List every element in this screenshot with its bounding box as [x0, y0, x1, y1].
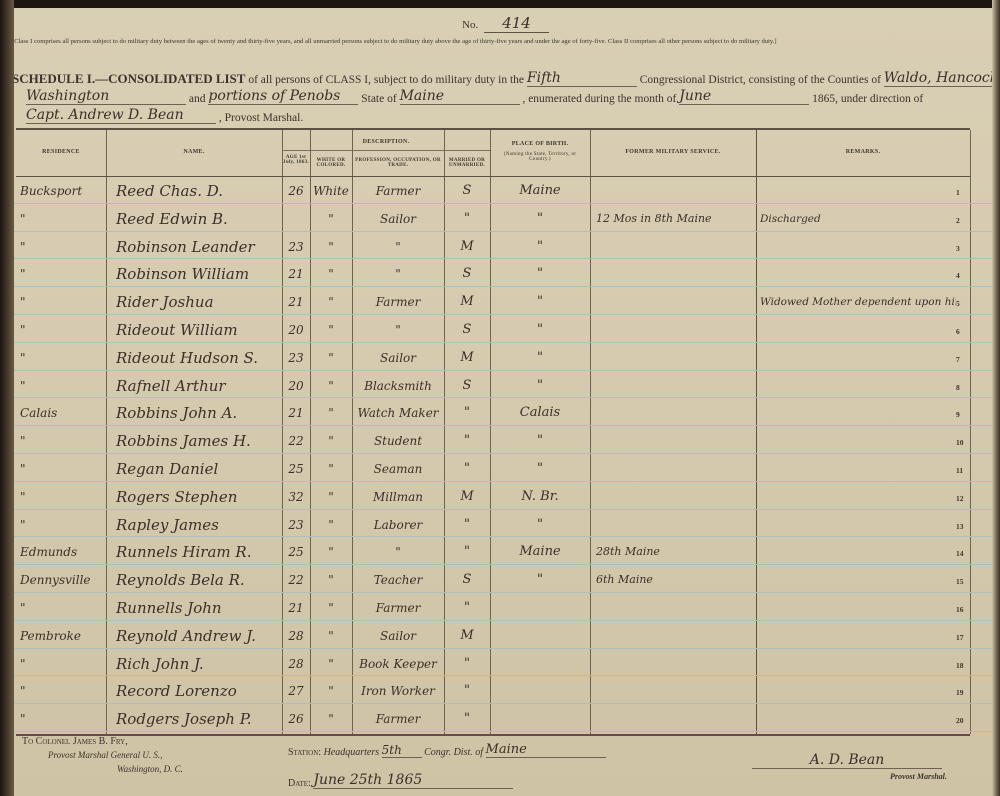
row-12-color: ": [310, 489, 352, 505]
row-number: 6: [956, 327, 960, 336]
row-2-residence: ": [20, 211, 104, 227]
row-18-residence: ": [20, 656, 104, 672]
row-9-birthplace: Calais: [490, 405, 590, 421]
row-5-remarks: Widowed Mother dependent upon him: [760, 294, 956, 310]
row-19-occupation: Iron Worker: [352, 683, 444, 699]
row-7-age: 23: [282, 350, 310, 366]
row-10-occupation: Student: [352, 433, 444, 449]
addressee-name: To Colonel James B. Fry,: [22, 736, 128, 747]
row-number: 13: [956, 522, 964, 531]
ruled-line: [12, 342, 996, 343]
row-number: 11: [956, 466, 963, 475]
row-10-name: Robbins James H.: [116, 433, 282, 449]
row-18-age: 28: [282, 656, 310, 672]
signature-title: Provost Marshal.: [890, 772, 947, 781]
row-16-name: Runnells John: [116, 600, 282, 616]
row-6-birthplace: ": [490, 322, 590, 338]
station-text: Headquarters: [324, 747, 380, 758]
row-15-occupation: Teacher: [352, 572, 444, 588]
row-20-occupation: Farmer: [352, 711, 444, 727]
row-3-name: Robinson Leander: [116, 239, 282, 255]
row-6-residence: ": [20, 322, 104, 338]
row-19-age: 27: [282, 683, 310, 699]
row-3-married: M: [444, 239, 490, 255]
row-13-color: ": [310, 517, 352, 533]
row-13-birthplace: ": [490, 517, 590, 533]
row-18-married: ": [444, 656, 490, 672]
row-1-occupation: Farmer: [352, 183, 444, 199]
row-12-birthplace: N. Br.: [490, 489, 590, 505]
row-12-occupation: Millman: [352, 489, 444, 505]
col-profession: PROFESSION, OCCUPATION, OR TRADE.: [352, 158, 444, 168]
row-9-married: ": [444, 405, 490, 421]
row-8-color: ": [310, 378, 352, 394]
row-14-residence: Edmunds: [20, 544, 104, 560]
station-line: Station: Headquarters 5th Congr. Dist. o…: [288, 742, 606, 758]
ruled-line: [12, 620, 996, 621]
district-text: Congressional District, consisting of th…: [640, 74, 881, 86]
row-1-birthplace: Maine: [490, 183, 590, 199]
row-10-age: 22: [282, 433, 310, 449]
ruled-line: [12, 648, 996, 649]
row-4-married: S: [444, 266, 490, 282]
book-binding: [0, 0, 14, 796]
row-8-birthplace: ": [490, 378, 590, 394]
col-birthplace: PLACE OF BIRTH.: [490, 141, 590, 147]
ruled-line: [12, 703, 996, 704]
row-13-occupation: Laborer: [352, 517, 444, 533]
row-18-name: Rich John J.: [116, 656, 282, 672]
row-3-occupation: ": [352, 239, 444, 255]
row-14-service: 28th Maine: [596, 544, 756, 560]
counties-line: Washington and portions of Penobs State …: [12, 88, 987, 105]
col-military-service: FORMER MILITARY SERVICE.: [590, 149, 756, 155]
row-1-name: Reed Chas. D.: [116, 183, 282, 199]
row-10-color: ": [310, 433, 352, 449]
row-number: 9: [956, 410, 960, 419]
row-16-married: ": [444, 600, 490, 616]
row-number: 1: [956, 188, 960, 197]
row-6-age: 20: [282, 322, 310, 338]
row-5-residence: ": [20, 294, 104, 310]
row-4-color: ": [310, 266, 352, 282]
ruled-line: [12, 231, 996, 232]
row-20-color: ": [310, 711, 352, 727]
row-16-color: ": [310, 600, 352, 616]
row-20-married: ": [444, 711, 490, 727]
month-field: June: [679, 88, 809, 105]
signature-block: A. D. Bean: [752, 752, 942, 769]
row-20-name: Rodgers Joseph P.: [116, 711, 282, 727]
row-19-residence: ": [20, 683, 104, 699]
row-11-name: Regan Daniel: [116, 461, 282, 477]
ruled-line: [12, 286, 996, 287]
row-11-occupation: Seaman: [352, 461, 444, 477]
district-field: Fifth: [527, 70, 637, 87]
row-7-residence: ": [20, 350, 104, 366]
row-number: 7: [956, 355, 960, 364]
row-2-birthplace: ": [490, 211, 590, 227]
row-16-residence: ": [20, 600, 104, 616]
row-7-occupation: Sailor: [352, 350, 444, 366]
and-text: and: [189, 93, 206, 105]
row-number: 20: [956, 716, 964, 725]
marshal-line: Capt. Andrew D. Bean , Provost Marshal.: [12, 107, 987, 124]
row-14-married: ": [444, 544, 490, 560]
row-9-residence: Calais: [20, 405, 104, 421]
title-text: of all persons of CLASS I, subject to do…: [248, 74, 524, 86]
row-10-residence: ": [20, 433, 104, 449]
row-15-birthplace: ": [490, 572, 590, 588]
row-number: 8: [956, 383, 960, 392]
row-1-residence: Bucksport: [20, 183, 104, 199]
row-5-birthplace: ": [490, 294, 590, 310]
row-number: 18: [956, 661, 964, 670]
row-4-name: Robinson William: [116, 266, 282, 282]
col-birthplace-note: (Naming the State, Territory, or Country…: [494, 152, 586, 162]
ruled-line: [12, 203, 996, 204]
row-15-name: Reynolds Bela R.: [116, 572, 282, 588]
row-7-name: Rideout Hudson S.: [116, 350, 282, 366]
ruled-line: [12, 592, 996, 593]
ruled-line: [12, 536, 996, 537]
col-remarks: REMARKS.: [756, 149, 970, 155]
row-6-married: S: [444, 322, 490, 338]
title-line: SCHEDULE I.—CONSOLIDATED LIST of all per…: [12, 70, 987, 87]
addressee-location: Washington, D. C.: [117, 764, 183, 774]
col-name: NAME.: [106, 149, 282, 155]
row-19-married: ": [444, 683, 490, 699]
enrollment-table: RESIDENCE NAME. DESCRIPTION. AGE 1st Jul…: [16, 128, 970, 736]
row-11-married: ": [444, 461, 490, 477]
station-district-field: 5th: [382, 743, 422, 758]
counties-field: Waldo, Hancock: [884, 70, 994, 87]
counties-field-3: portions of Penobs: [208, 88, 358, 105]
row-3-color: ": [310, 239, 352, 255]
row-13-name: Rapley James: [116, 517, 282, 533]
row-14-color: ": [310, 544, 352, 560]
row-number: 4: [956, 271, 960, 280]
row-3-age: 23: [282, 239, 310, 255]
col-age: AGE 1st July, 1863.: [282, 155, 310, 165]
date-line: Date: June 25th 1865: [288, 772, 513, 789]
row-17-color: ": [310, 628, 352, 644]
row-number: 10: [956, 438, 964, 447]
row-10-birthplace: ": [490, 433, 590, 449]
row-14-birthplace: Maine: [490, 544, 590, 560]
row-3-residence: ": [20, 239, 104, 255]
row-number: 5: [956, 299, 960, 308]
row-5-occupation: Farmer: [352, 294, 444, 310]
row-4-birthplace: ": [490, 266, 590, 282]
addressee-text: To Colonel James B. Fry,: [22, 736, 128, 747]
row-17-age: 28: [282, 628, 310, 644]
row-18-color: ": [310, 656, 352, 672]
row-9-color: ": [310, 405, 352, 421]
counties-field-2: Washington: [26, 88, 186, 105]
ruled-line: [12, 481, 996, 482]
schedule-title: SCHEDULE I.—CONSOLIDATED LIST: [12, 71, 245, 86]
row-11-birthplace: ": [490, 461, 590, 477]
class-definition-line: [Class I comprises all persons subject t…: [12, 38, 982, 45]
row-12-residence: ": [20, 489, 104, 505]
station-label: Station:: [288, 747, 321, 758]
row-number: 12: [956, 494, 964, 503]
row-15-color: ": [310, 572, 352, 588]
row-2-name: Reed Edwin B.: [116, 211, 282, 227]
row-17-residence: Pembroke: [20, 628, 104, 644]
ruled-line: [12, 675, 996, 676]
row-1-age: 26: [282, 183, 310, 199]
row-number: 3: [956, 244, 960, 253]
marshal-name-field: Capt. Andrew D. Bean: [26, 107, 216, 124]
row-5-married: M: [444, 294, 490, 310]
signature: A. D. Bean: [752, 752, 942, 769]
row-7-married: M: [444, 350, 490, 366]
row-15-service: 6th Maine: [596, 572, 756, 588]
row-8-name: Rafnell Arthur: [116, 378, 282, 394]
row-number: 16: [956, 605, 964, 614]
col-description: DESCRIPTION.: [282, 139, 490, 145]
row-16-occupation: Farmer: [352, 600, 444, 616]
row-2-service: 12 Mos in 8th Maine: [596, 211, 756, 227]
row-4-occupation: ": [352, 266, 444, 282]
row-6-color: ": [310, 322, 352, 338]
row-2-occupation: Sailor: [352, 211, 444, 227]
row-8-residence: ": [20, 378, 104, 394]
row-5-age: 21: [282, 294, 310, 310]
row-12-name: Rogers Stephen: [116, 489, 282, 505]
row-6-occupation: ": [352, 322, 444, 338]
row-8-occupation: Blacksmith: [352, 378, 444, 394]
row-8-married: S: [444, 378, 490, 394]
date-label: Date:: [288, 778, 311, 789]
row-10-married: ": [444, 433, 490, 449]
book-right-edge: [992, 0, 1000, 796]
row-17-name: Reynold Andrew J.: [116, 628, 282, 644]
row-8-age: 20: [282, 378, 310, 394]
row-9-name: Robbins John A.: [116, 405, 282, 421]
row-15-age: 22: [282, 572, 310, 588]
marshal-title: , Provost Marshal.: [219, 112, 303, 124]
row-13-residence: ": [20, 517, 104, 533]
row-4-age: 21: [282, 266, 310, 282]
station-text-2: Congr. Dist. of: [424, 747, 483, 758]
row-15-married: S: [444, 572, 490, 588]
row-5-name: Rider Joshua: [116, 294, 282, 310]
row-2-married: ": [444, 211, 490, 227]
row-19-name: Record Lorenzo: [116, 683, 282, 699]
ruled-line: [12, 370, 996, 371]
ruled-line: [12, 564, 996, 565]
row-11-age: 25: [282, 461, 310, 477]
row-7-color: ": [310, 350, 352, 366]
state-text: State of: [361, 93, 396, 105]
row-2-color: ": [310, 211, 352, 227]
row-11-color: ": [310, 461, 352, 477]
row-14-occupation: ": [352, 544, 444, 560]
row-number: 14: [956, 549, 964, 558]
row-1-married: S: [444, 183, 490, 199]
number-label: No.: [462, 19, 478, 31]
row-4-residence: ": [20, 266, 104, 282]
row-2-remarks: Discharged: [760, 211, 956, 227]
row-17-occupation: Sailor: [352, 628, 444, 644]
station-state-field: Maine: [486, 742, 606, 758]
row-6-name: Rideout William: [116, 322, 282, 338]
row-1-color: White: [310, 183, 352, 199]
row-13-married: ": [444, 517, 490, 533]
row-16-age: 21: [282, 600, 310, 616]
col-married: MARRIED OR UNMARRIED.: [444, 158, 490, 168]
row-14-age: 25: [282, 544, 310, 560]
row-11-residence: ": [20, 461, 104, 477]
row-20-residence: ": [20, 711, 104, 727]
row-12-married: M: [444, 489, 490, 505]
row-7-birthplace: ": [490, 350, 590, 366]
col-white-colored: WHITE OR COLORED.: [310, 158, 352, 168]
row-13-age: 23: [282, 517, 310, 533]
row-9-age: 21: [282, 405, 310, 421]
year-text: 1865, under direction of: [812, 93, 923, 105]
row-18-occupation: Book Keeper: [352, 656, 444, 672]
ruled-line: [12, 731, 996, 732]
row-12-age: 32: [282, 489, 310, 505]
row-number: 17: [956, 633, 964, 642]
ruled-line: [12, 509, 996, 510]
state-field: Maine: [400, 88, 520, 105]
row-number: 15: [956, 577, 964, 586]
row-17-married: M: [444, 628, 490, 644]
row-14-name: Runnels Hiram R.: [116, 544, 282, 560]
ledger-page: No.414 [Class I comprises all persons su…: [12, 8, 996, 796]
row-3-birthplace: ": [490, 239, 590, 255]
row-20-age: 26: [282, 711, 310, 727]
number-value: 414: [484, 14, 549, 33]
row-19-color: ": [310, 683, 352, 699]
ruled-line: [12, 314, 996, 315]
row-5-color: ": [310, 294, 352, 310]
col-residence: RESIDENCE: [16, 149, 106, 155]
row-15-residence: Dennysville: [20, 572, 104, 588]
row-number: 19: [956, 688, 964, 697]
record-number: No.414: [462, 14, 549, 32]
row-9-occupation: Watch Maker: [352, 405, 444, 421]
ruled-line: [12, 258, 996, 259]
date-field: June 25th 1865: [313, 772, 513, 789]
ruled-line: [12, 397, 996, 398]
row-number: 2: [956, 216, 960, 225]
ruled-line: [12, 453, 996, 454]
enumerated-text: , enumerated during the month of: [522, 93, 676, 105]
addressee-title: Provost Marshal General U. S.,: [48, 750, 162, 760]
ruled-line: [12, 425, 996, 426]
